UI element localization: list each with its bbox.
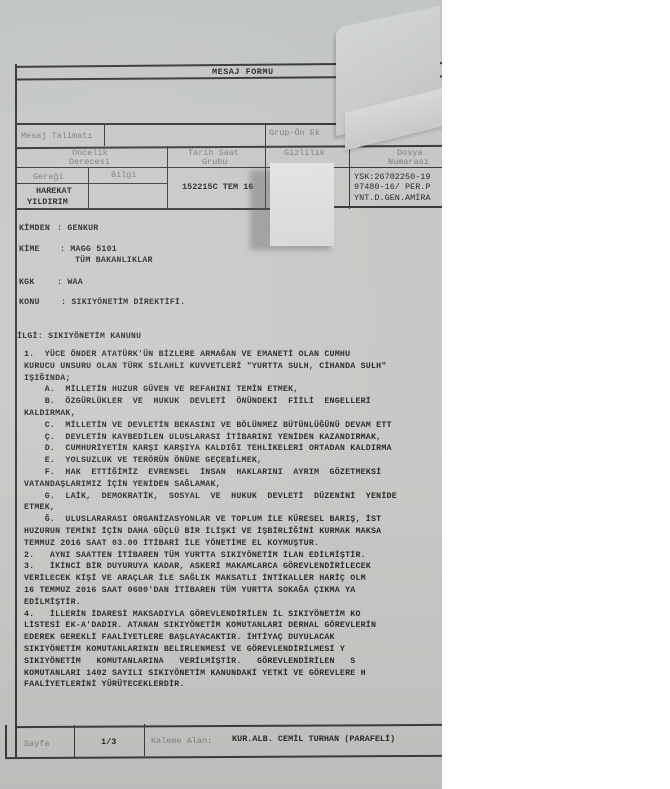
body-line: 4. İLLERİN İDARESİ MAKSADIYLA GÖREVLENDİ… bbox=[24, 610, 361, 619]
kimden-label: KİMDEN bbox=[19, 224, 50, 233]
tarih-label-2: Grubu bbox=[202, 157, 228, 167]
footer-left-border bbox=[5, 725, 7, 757]
col-border bbox=[88, 167, 89, 209]
footer-top-border bbox=[16, 724, 442, 728]
kimden-value: : GENKUR bbox=[57, 224, 98, 233]
body-line: SIKIYÖNETİM KOMUTANLARININ BELİRLENMESİ … bbox=[24, 645, 345, 654]
dosya-value: YSK:26702250-19 bbox=[354, 172, 431, 182]
gizlilik-label: Gizlilik bbox=[284, 148, 325, 158]
body-line: EDİLMİŞTİR. bbox=[24, 598, 81, 607]
body-line: B. ÖZGÜRLÜKLER VE HUKUK DEVLETİ ÖNÜNDEKİ… bbox=[24, 397, 371, 406]
body-line: A. MİLLETİN HUZUR GÜVEN VE REFAHINI TEMİ… bbox=[24, 385, 298, 394]
body-line: KOMUTANLARI 1402 SAYILI SIKIYÖNETİM KANU… bbox=[24, 669, 366, 678]
body-line: Ç. DEVLETİN KAYBEDİLEN ULUSLARASI İTİBAR… bbox=[24, 433, 381, 442]
kgk-label: KGK bbox=[19, 278, 35, 287]
geregi-value: HAREKAT bbox=[36, 186, 72, 196]
col-border bbox=[167, 146, 168, 209]
kaleme-alan-label: Kaleme Alan: bbox=[151, 736, 212, 746]
body-line: G. LAİK, DEMOKRATİK, SOSYAL VE HUKUK DEV… bbox=[24, 492, 397, 501]
body-line: D. CUMHURİYETİN KARŞI KARŞIYA KALDIĞI TE… bbox=[24, 444, 392, 453]
body-line: FAALİYETLERİNİ YÜRÜTECEKLERDİR. bbox=[24, 680, 185, 689]
konu-value: : SIKIYÖNETİM DİREKTİFİ. bbox=[61, 298, 185, 307]
body-line: TEMMUZ 2016 SAAT 03.00 İTİBARİ İLE YÖNET… bbox=[24, 539, 319, 548]
kime-label: KİME bbox=[19, 245, 40, 254]
footer-col-border bbox=[144, 724, 145, 756]
bilgi-label: Bilgi bbox=[111, 170, 137, 180]
body-line: Ğ. ULUSLARARASI ORGANİZASYONLAR VE TOPLU… bbox=[24, 515, 381, 524]
col-border bbox=[104, 123, 105, 146]
footer-col-border bbox=[74, 725, 75, 757]
body-line: HUZURUN TEMİNİ İÇİN DAHA GÜÇLÜ BİR İLİŞK… bbox=[24, 527, 381, 536]
dosya-label-2: Numarası bbox=[388, 157, 429, 167]
body-line: 1. YÜCE ÖNDER ATATÜRK'ÜN BİZLERE ARMAĞAN… bbox=[24, 350, 350, 359]
body-line: ETMEK, bbox=[24, 503, 55, 512]
geregi-value-2: YILDIRIM bbox=[27, 197, 68, 207]
kime-value-2: TÜM BAKANLIKLAR bbox=[75, 256, 153, 265]
row-border bbox=[16, 167, 442, 168]
sayfa-label: Sayfa bbox=[24, 739, 50, 749]
row-border bbox=[16, 123, 336, 125]
dosya-value-3: YNT.D.GEN.AMİRA bbox=[354, 193, 431, 203]
ilgi-line: İLGİ: SIKIYÖNETİM KANUNU bbox=[17, 332, 141, 341]
kime-value: : MAGG 5101 bbox=[60, 245, 117, 254]
grup-on-ek-label: Grup-Ön Ek bbox=[269, 128, 320, 138]
tarih-value: 152215C TEM 16 bbox=[182, 182, 253, 192]
konu-label: KONU bbox=[19, 298, 40, 307]
sayfa-value: 1/3 bbox=[101, 737, 116, 747]
body-line: VERİLECEK KİŞİ VE ARAÇLAR İLE SAĞLIK MAK… bbox=[24, 574, 366, 583]
body-line: 16 TEMMUZ 2016 SAAT 0600'DAN İTİBAREN TÜ… bbox=[24, 586, 355, 595]
body-line: F. HAK ETTİĞİMİZ EVRENSEL İNSAN HAKLARIN… bbox=[24, 468, 381, 477]
mesaj-talimati-label: Mesaj Talimatı bbox=[21, 131, 92, 141]
kaleme-alan-value: KUR.ALB. CEMİL TURHAN (PARAFELİ) bbox=[232, 734, 395, 744]
body-line: KALDIRMAK, bbox=[24, 409, 76, 418]
sticky-note-redaction bbox=[270, 163, 334, 246]
body-line: EDEREK GEREKLİ FAALİYETLERE BAŞLAYACAKTI… bbox=[24, 633, 335, 642]
row-border bbox=[334, 206, 442, 208]
footer-bottom-border bbox=[5, 755, 442, 759]
row-border bbox=[16, 183, 167, 184]
kgk-value: : WAA bbox=[57, 278, 83, 287]
oncelik-label-2: Derecesi bbox=[69, 157, 110, 167]
col-border bbox=[349, 146, 350, 209]
body-line: KURUCU UNSURU OLAN TÜRK SİLAHLI KUVVETLE… bbox=[24, 362, 387, 371]
dosya-value-2: 97480-16/ PER.P bbox=[354, 182, 431, 192]
row-border bbox=[16, 208, 272, 210]
body-line: LİSTESİ EK-A'DADIR. ATANAN SIKIYÖNETİM K… bbox=[24, 621, 376, 630]
body-line: SIKIYÖNETİM KOMUTANLARINA VERİLMİŞTİR. G… bbox=[24, 657, 355, 666]
body-line: C. MİLLETİN VE DEVLETİN BEKASINI VE BÖLÜ… bbox=[24, 421, 392, 430]
body-line: 2. AYNI SAATTEN İTİBAREN TÜM YURTTA SIKI… bbox=[24, 551, 366, 560]
body-line: VATANDAŞLARIMIZ İÇİN YENİDEN SAĞLAMAK, bbox=[24, 480, 221, 489]
form-title: MESAJ FORMU bbox=[212, 67, 274, 77]
body-line: 3. İKİNCİ BİR DUYURUYA KADAR, ASKERİ MAK… bbox=[24, 562, 371, 571]
body-line: E. YOLSUZLUK VE TERÖRÜN ÖNÜNE GEÇEBİLMEK… bbox=[24, 456, 262, 465]
geregi-label: Gereği bbox=[33, 172, 64, 182]
document-photo: MESAJ FORMU Mesaj Talimatı Grup-Ön Ek Ön… bbox=[0, 0, 442, 789]
body-line: IŞIĞINDA; bbox=[24, 374, 71, 383]
